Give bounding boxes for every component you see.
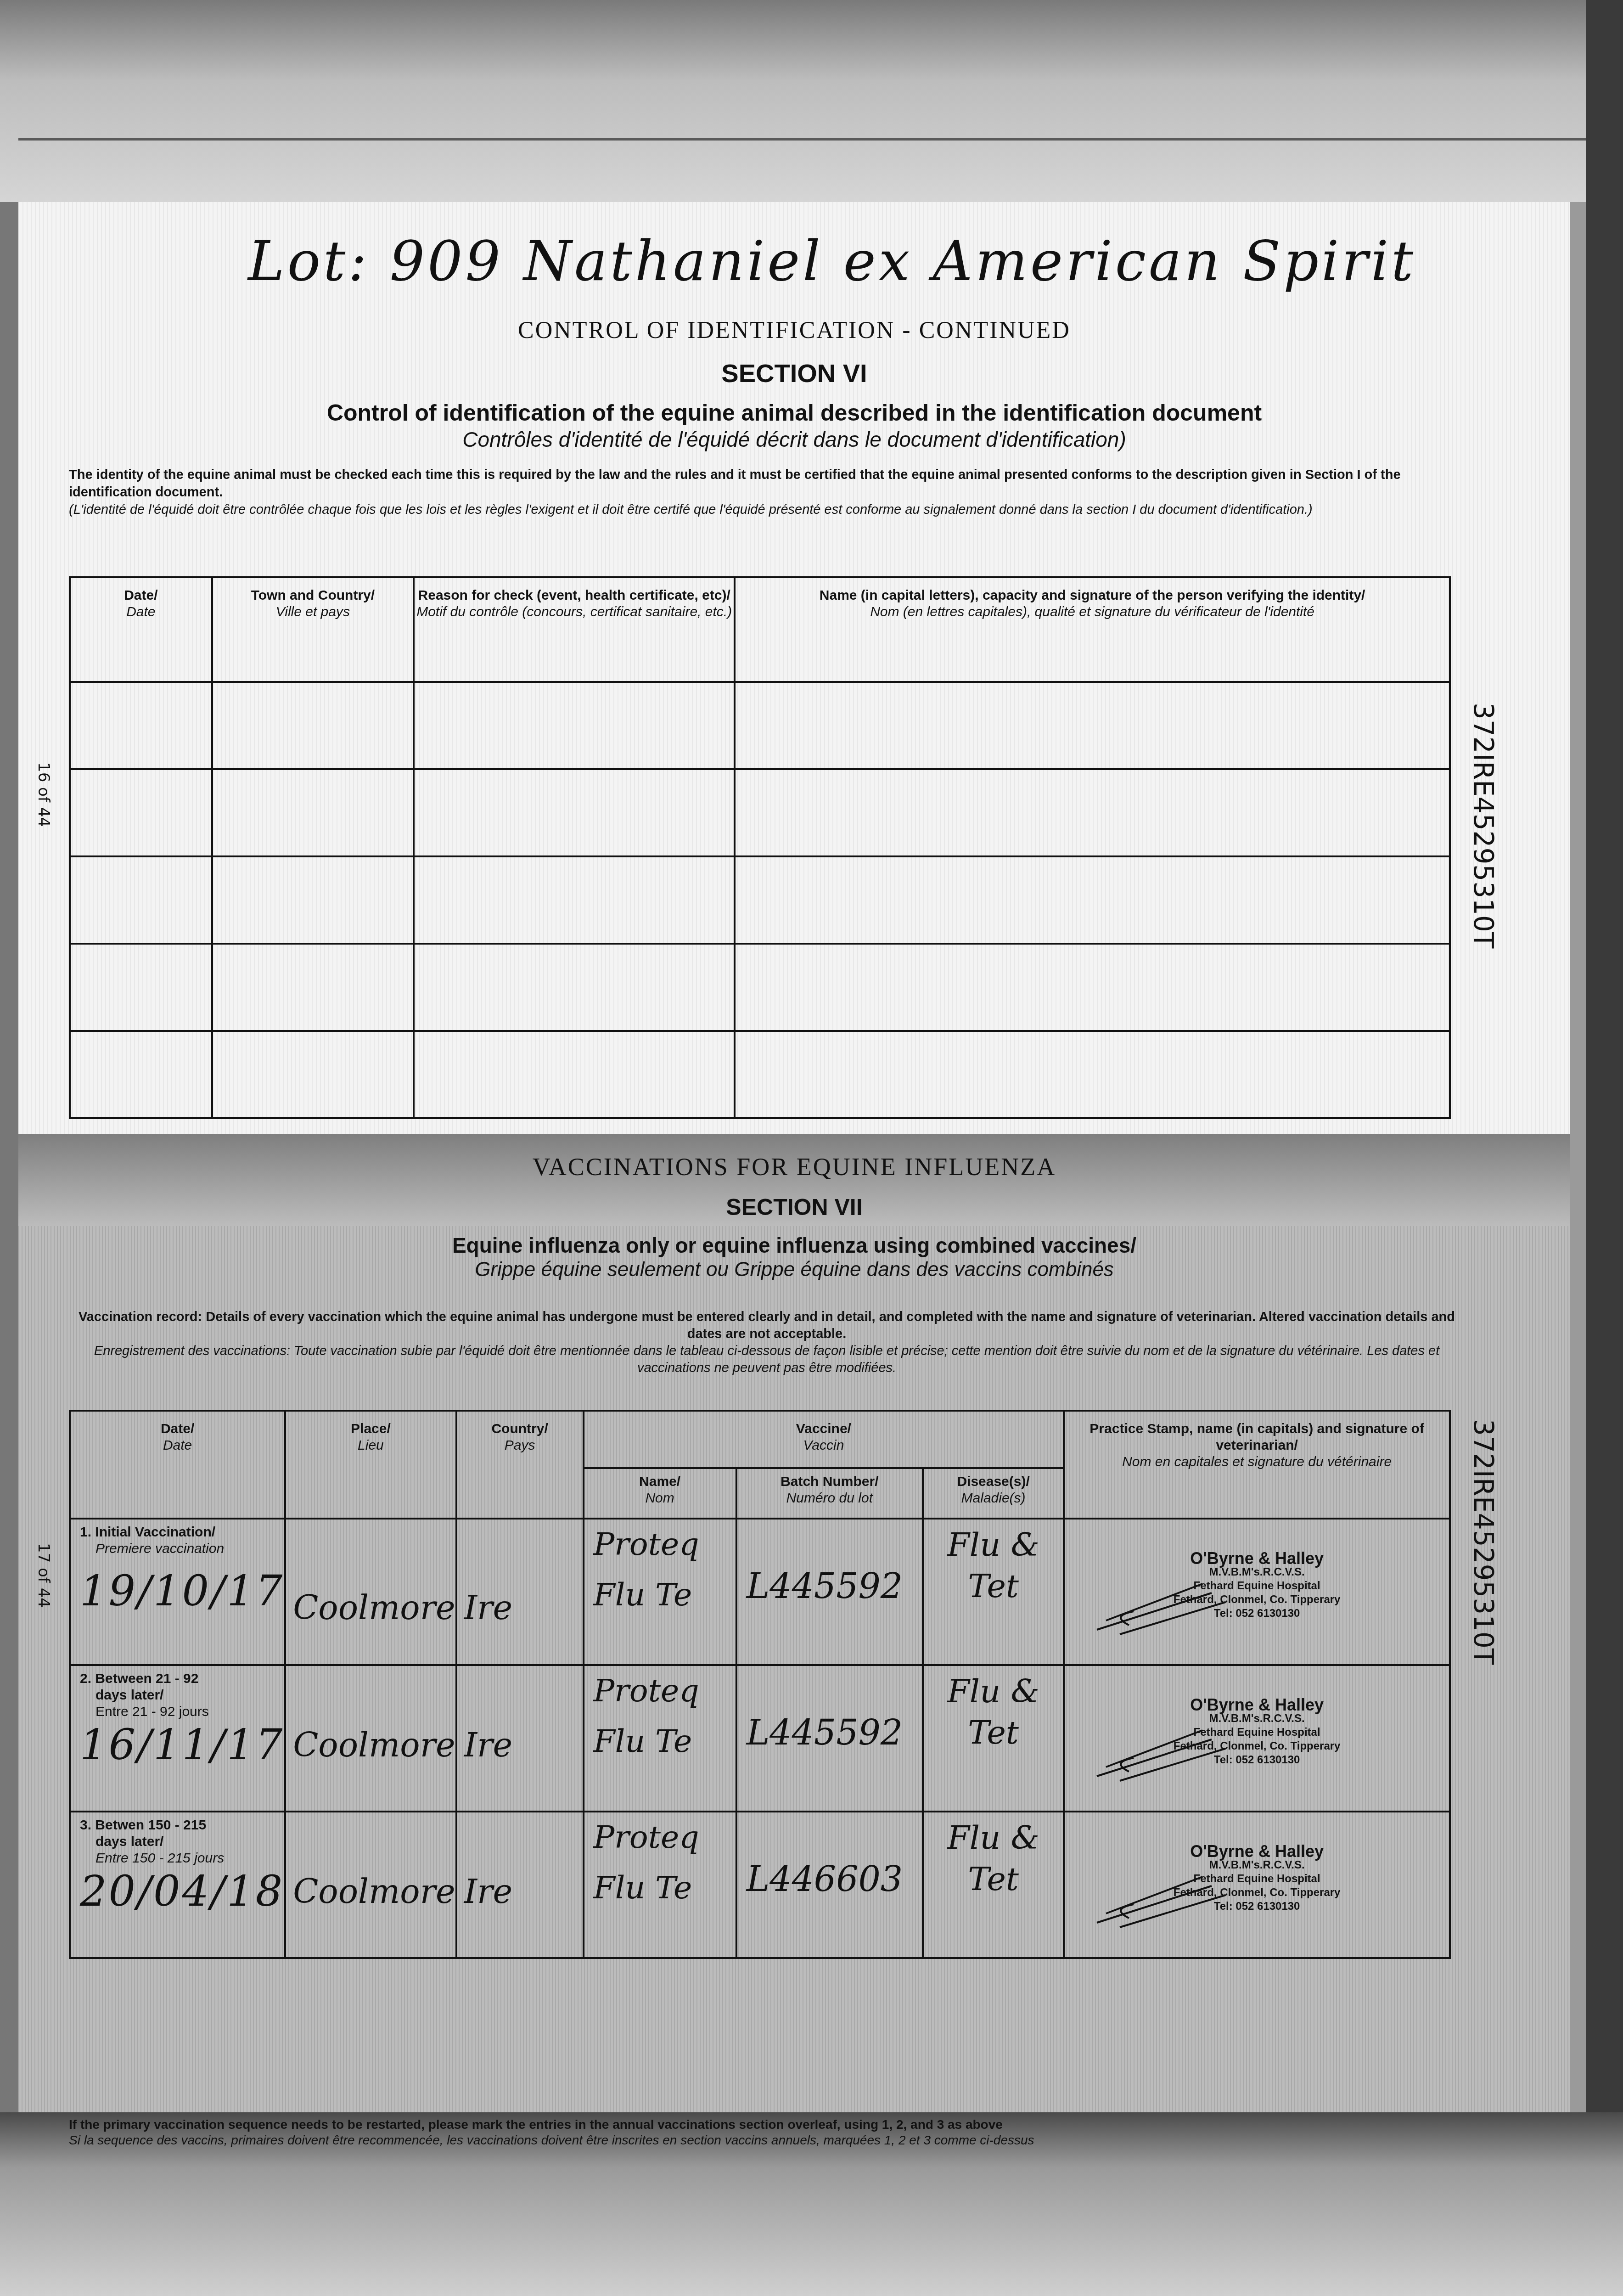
country-cell[interactable]: Ire: [456, 1519, 584, 1665]
control-identification-heading: Control of Identification - Continued: [18, 317, 1570, 344]
date-cell[interactable]: 2. Between 21 - 92 days later/ Entre 21 …: [70, 1665, 285, 1812]
cell[interactable]: [70, 856, 212, 944]
header-label-fr: Vaccin: [584, 1437, 1063, 1454]
batch-number-cell[interactable]: L446603: [736, 1812, 923, 1958]
restart-note-fr: Si la sequence des vaccins, primaires do…: [69, 2133, 1034, 2148]
cell[interactable]: [212, 682, 414, 769]
handwritten-vaccine-name: Proteq Flu Te: [584, 1666, 736, 1767]
country-cell[interactable]: Ire: [456, 1812, 584, 1958]
scanner-top-edge: [0, 0, 1623, 202]
header-label-fr: Nom (en lettres capitales), qualité et s…: [736, 604, 1449, 620]
header-date: Date/Date: [70, 1411, 285, 1519]
row-label-en-2: days later/: [80, 1687, 284, 1704]
passport-code-upper: 372IRE45295310T: [1468, 703, 1499, 948]
row-label-fr: Entre 150 - 215 jours: [80, 1850, 284, 1867]
row-label-fr: Entre 21 - 92 jours: [80, 1704, 284, 1720]
section-vii-subtitle-fr: Grippe équine seulement ou Grippe équine…: [18, 1258, 1570, 1281]
section-vi-label: SECTION VI: [18, 358, 1570, 388]
table-row: [70, 682, 1450, 769]
stamp-cell[interactable]: O'Byrne & Halley M.V.B.M's.R.C.V.S. Feth…: [1064, 1519, 1450, 1665]
header-label-fr: Maladie(s): [924, 1490, 1063, 1507]
cell[interactable]: [414, 682, 735, 769]
handwritten-diseases: Flu & Tet: [924, 1666, 1063, 1753]
intro-fr: (L'identité de l'équidé doit être contrô…: [69, 501, 1446, 518]
table-header-row: Date/Date Town and Country/Ville et pays…: [70, 577, 1450, 682]
country-cell[interactable]: Ire: [456, 1665, 584, 1812]
section-vi-intro: The identity of the equine animal must b…: [69, 466, 1446, 518]
stamp-practice-name: O'Byrne & Halley: [1065, 1698, 1449, 1712]
table-row: [70, 1031, 1450, 1118]
header-label: Country/: [491, 1421, 548, 1436]
row-label-en: 2. Between 21 - 92: [80, 1671, 198, 1686]
cell[interactable]: [212, 1031, 414, 1118]
disease-cell[interactable]: Flu & Tet: [923, 1519, 1064, 1665]
header-label: Batch Number/: [781, 1474, 878, 1489]
cell[interactable]: [735, 856, 1450, 944]
vaccination-table: Date/Date Place/Lieu Country/Pays Vaccin…: [69, 1410, 1451, 1959]
header-label: Place/: [351, 1421, 391, 1436]
section-vi-subtitle-fr: Contrôles d'identité de l'équidé décrit …: [18, 427, 1570, 452]
restart-note-en: If the primary vaccination sequence need…: [69, 2117, 1034, 2133]
stamp-practice-name: O'Byrne & Halley: [1065, 1845, 1449, 1858]
scanner-right-edge: [1586, 0, 1623, 2296]
vaccinations-heading: Vaccinations for Equine Influenza: [18, 1153, 1570, 1181]
row-label-en: 1. Initial Vaccination/: [80, 1525, 215, 1540]
handwritten-diseases: Flu & Tet: [924, 1812, 1063, 1900]
header-label: Vaccine/: [796, 1421, 851, 1436]
place-cell[interactable]: Coolmore: [285, 1519, 456, 1665]
cell[interactable]: [414, 769, 735, 856]
handwritten-date: 19/10/17: [71, 1566, 284, 1615]
handwritten-vaccine-name: Proteq Flu Te: [584, 1519, 736, 1621]
cell[interactable]: [735, 944, 1450, 1031]
handwritten-lot-title: Lot: 909 Nathaniel ex American Spirit: [248, 230, 1416, 293]
vaccination-row-3: 3. Betwen 150 - 215 days later/ Entre 15…: [70, 1812, 1450, 1958]
row-label-en-2: days later/: [80, 1834, 284, 1850]
date-cell[interactable]: 3. Betwen 150 - 215 days later/ Entre 15…: [70, 1812, 285, 1958]
header-label: Reason for check (event, health certific…: [418, 588, 730, 603]
scanner-left-edge: [0, 0, 18, 2296]
header-country: Country/Pays: [456, 1411, 584, 1519]
cell[interactable]: [70, 682, 212, 769]
header-label-fr: Date: [71, 604, 211, 620]
row-label: 2. Between 21 - 92 days later/ Entre 21 …: [71, 1666, 284, 1720]
handwritten-country: Ire: [457, 1519, 583, 1627]
cell[interactable]: [414, 1031, 735, 1118]
header-label-fr: Ville et pays: [213, 604, 413, 620]
signature-icon: [1092, 1868, 1230, 1932]
header-diseases: Disease(s)/Maladie(s): [923, 1468, 1064, 1519]
stamp-cell[interactable]: O'Byrne & Halley M.V.B.M's.R.C.V.S. Feth…: [1064, 1812, 1450, 1958]
section-vi-subtitle-en: Control of identification of the equine …: [18, 400, 1570, 426]
table-row: [70, 944, 1450, 1031]
cell[interactable]: [70, 944, 212, 1031]
stamp-practice-name: O'Byrne & Halley: [1065, 1552, 1449, 1565]
stamp-cell[interactable]: O'Byrne & Halley M.V.B.M's.R.C.V.S. Feth…: [1064, 1665, 1450, 1812]
section-vii-label: SECTION VII: [18, 1194, 1570, 1221]
handwritten-vaccine-name: Proteq Flu Te: [584, 1812, 736, 1913]
row-label: 1. Initial Vaccination/ Premiere vaccina…: [71, 1519, 284, 1557]
row-label-en: 3. Betwen 150 - 215: [80, 1818, 206, 1833]
row-label-fr: Premiere vaccination: [80, 1541, 284, 1557]
header-label-fr: Nom: [584, 1490, 736, 1507]
place-cell[interactable]: Coolmore: [285, 1665, 456, 1812]
header-label-fr: Pays: [457, 1437, 583, 1454]
cell[interactable]: [212, 856, 414, 944]
passport-page: Lot: 909 Nathaniel ex American Spirit Co…: [18, 202, 1570, 2112]
handwritten-country: Ire: [457, 1812, 583, 1911]
cell[interactable]: [212, 944, 414, 1031]
cell[interactable]: [735, 1031, 1450, 1118]
handwritten-place: Coolmore: [286, 1519, 455, 1627]
cell[interactable]: [70, 769, 212, 856]
header-reason: Reason for check (event, health certific…: [414, 577, 735, 682]
table-row: [70, 856, 1450, 944]
header-label: Town and Country/: [251, 588, 375, 603]
handwritten-diseases: Flu & Tet: [924, 1519, 1063, 1607]
cell[interactable]: [212, 769, 414, 856]
header-label-fr: Nom en capitales et signature du vétérin…: [1074, 1454, 1440, 1470]
cell[interactable]: [414, 856, 735, 944]
identification-control-table: Date/Date Town and Country/Ville et pays…: [69, 576, 1451, 1119]
cell[interactable]: [735, 682, 1450, 769]
vacc-intro-en: Vaccination record: Details of every vac…: [78, 1309, 1455, 1343]
intro-en: The identity of the equine animal must b…: [69, 466, 1446, 501]
cell[interactable]: [70, 1031, 212, 1118]
header-label-fr: Date: [71, 1437, 284, 1454]
handwritten-place: Coolmore: [286, 1666, 455, 1764]
vacc-header-row-1: Date/Date Place/Lieu Country/Pays Vaccin…: [70, 1411, 1450, 1468]
handwritten-batch-number: L445592: [737, 1519, 922, 1606]
header-label-fr: Numéro du lot: [737, 1490, 922, 1507]
header-date: Date/Date: [70, 577, 212, 682]
vaccine-name-cell[interactable]: Proteq Flu Te: [584, 1665, 736, 1812]
header-batch-number: Batch Number/Numéro du lot: [736, 1468, 923, 1519]
batch-number-cell[interactable]: L445592: [736, 1519, 923, 1665]
header-label: Disease(s)/: [957, 1474, 1029, 1489]
header-town-country: Town and Country/Ville et pays: [212, 577, 414, 682]
section-vii-intro: Vaccination record: Details of every vac…: [78, 1309, 1455, 1377]
vaccination-row-1: 1. Initial Vaccination/ Premiere vaccina…: [70, 1519, 1450, 1665]
page-number-upper: 16 of 44: [34, 762, 53, 827]
disease-cell[interactable]: Flu & Tet: [923, 1665, 1064, 1812]
vacc-intro-fr: Enregistrement des vaccinations: Toute v…: [78, 1343, 1455, 1377]
header-label: Name (in capital letters), capacity and …: [820, 588, 1365, 603]
handwritten-place: Coolmore: [286, 1812, 455, 1911]
section-vii-subtitle-en: Equine influenza only or equine influenz…: [18, 1233, 1570, 1258]
disease-cell[interactable]: Flu & Tet: [923, 1812, 1064, 1958]
header-vaccine-name: Name/Nom: [584, 1468, 736, 1519]
header-label-fr: Motif du contrôle (concours, certificat …: [415, 604, 734, 620]
header-label: Name/: [639, 1474, 680, 1489]
header-label: Date/: [124, 588, 157, 603]
handwritten-date: 20/04/18: [71, 1867, 284, 1916]
vaccine-name-cell[interactable]: Proteq Flu Te: [584, 1812, 736, 1958]
signature-icon: [1092, 1721, 1230, 1785]
cell[interactable]: [414, 944, 735, 1031]
place-cell[interactable]: Coolmore: [285, 1812, 456, 1958]
batch-number-cell[interactable]: L445592: [736, 1665, 923, 1812]
cell[interactable]: [735, 769, 1450, 856]
page-number-lower: 17 of 44: [34, 1543, 53, 1608]
handwritten-batch-number: L446603: [737, 1812, 922, 1899]
table-row: [70, 769, 1450, 856]
header-label-fr: Lieu: [286, 1437, 455, 1454]
row-label: 3. Betwen 150 - 215 days later/ Entre 15…: [71, 1812, 284, 1867]
signature-icon: [1092, 1575, 1230, 1639]
vaccine-name-cell[interactable]: Proteq Flu Te: [584, 1519, 736, 1665]
passport-code-lower: 372IRE45295310T: [1468, 1419, 1499, 1665]
handwritten-batch-number: L445592: [737, 1666, 922, 1753]
header-label: Date/: [161, 1421, 194, 1436]
header-verifier: Name (in capital letters), capacity and …: [735, 577, 1450, 682]
restart-note: If the primary vaccination sequence need…: [69, 2117, 1034, 2148]
handwritten-country: Ire: [457, 1666, 583, 1764]
header-stamp: Practice Stamp, name (in capitals) and s…: [1064, 1411, 1450, 1519]
vaccination-row-2: 2. Between 21 - 92 days later/ Entre 21 …: [70, 1665, 1450, 1812]
header-place: Place/Lieu: [285, 1411, 456, 1519]
date-cell[interactable]: 1. Initial Vaccination/ Premiere vaccina…: [70, 1519, 285, 1665]
header-label: Practice Stamp, name (in capitals) and s…: [1089, 1421, 1424, 1453]
header-vaccine: Vaccine/Vaccin: [584, 1411, 1064, 1468]
handwritten-date: 16/11/17: [71, 1720, 284, 1769]
